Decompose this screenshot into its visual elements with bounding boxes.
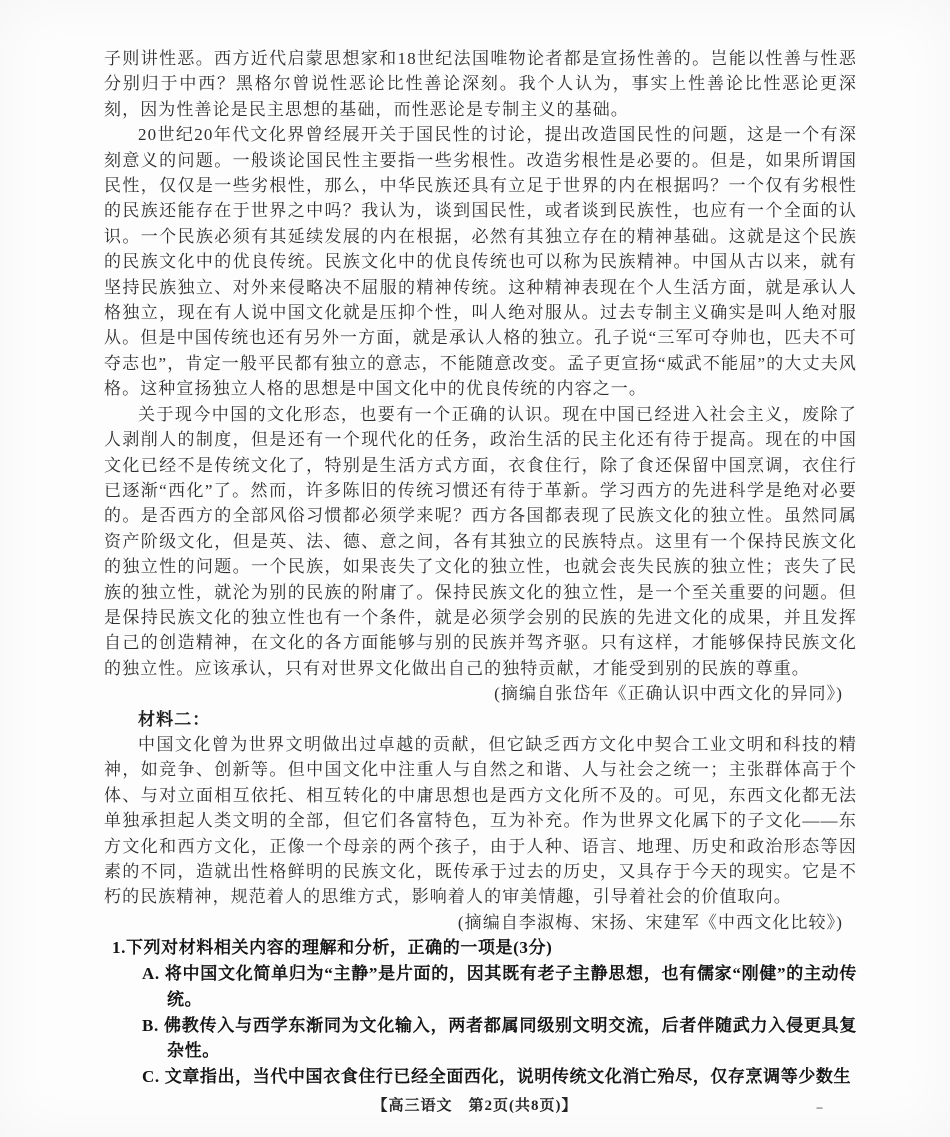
option-b-text: 佛教传入与西学东渐同为文化输入，两者都属同级别文明交流，后者伴随武力入侵更具复杂… [164,1016,857,1061]
material-one-paragraph-3: 关于现今中国的文化形态，也要有一个正确的认识。现在中国已经进入社会主义，废除了人… [104,402,857,681]
scan-artifact-mark: -- [816,1100,822,1115]
question-1: 1.下列对材料相关内容的理解和分析，正确的一项是(3分) A.将中国文化简单归为… [104,935,857,1090]
question-1-option-c: C.文章指出，当代中国衣食住行已经全面西化，说明传统文化消亡殆尽，仅存烹调等少数… [104,1064,857,1090]
option-a-label: A. [142,964,165,983]
material-two-paragraph: 中国文化曾为世界文明做出过卓越的贡献，但它缺乏西方文化中契合工业文明和科技的精神… [104,732,857,910]
option-b-label: B. [142,1016,164,1035]
page-content: 子则讲性恶。西方近代启蒙思想家和18世纪法国唯物论者都是宣扬性善的。岂能以性善与… [104,46,857,1090]
material-one-attribution: (摘编自张岱年《正确认识中西文化的异同》) [104,681,857,706]
material-one-paragraph-2: 20世纪20年代文化界曾经展开关于国民性的讨论，提出改造国民性的问题，这是一个有… [104,122,857,401]
question-1-option-a: A.将中国文化简单归为“主静”是片面的，因其既有老子主静思想，也有儒家“刚健”的… [104,961,857,1013]
material-two-attribution: (摘编自李淑梅、宋扬、宋建军《中西文化比较》) [104,910,857,935]
option-a-text: 将中国文化简单归为“主静”是片面的，因其既有老子主静思想，也有儒家“刚健”的主动… [165,964,857,1009]
material-two-label: 材料二： [104,707,857,732]
question-1-stem: 1.下列对材料相关内容的理解和分析，正确的一项是(3分) [104,935,857,961]
question-1-option-b: B.佛教传入与西学东渐同为文化输入，两者都属同级别文明交流，后者伴随武力入侵更具… [104,1013,857,1065]
option-c-label: C. [142,1067,165,1086]
page-footer: 【高三语文 第2页(共8页)】 [0,1094,950,1115]
material-one-paragraph-1: 子则讲性恶。西方近代启蒙思想家和18世纪法国唯物论者都是宣扬性善的。岂能以性善与… [104,46,857,122]
option-c-text: 文章指出，当代中国衣食住行已经全面西化，说明传统文化消亡殆尽，仅存烹调等少数生 [165,1067,851,1086]
exam-page: 子则讲性恶。西方近代启蒙思想家和18世纪法国唯物论者都是宣扬性善的。岂能以性善与… [0,0,950,1137]
